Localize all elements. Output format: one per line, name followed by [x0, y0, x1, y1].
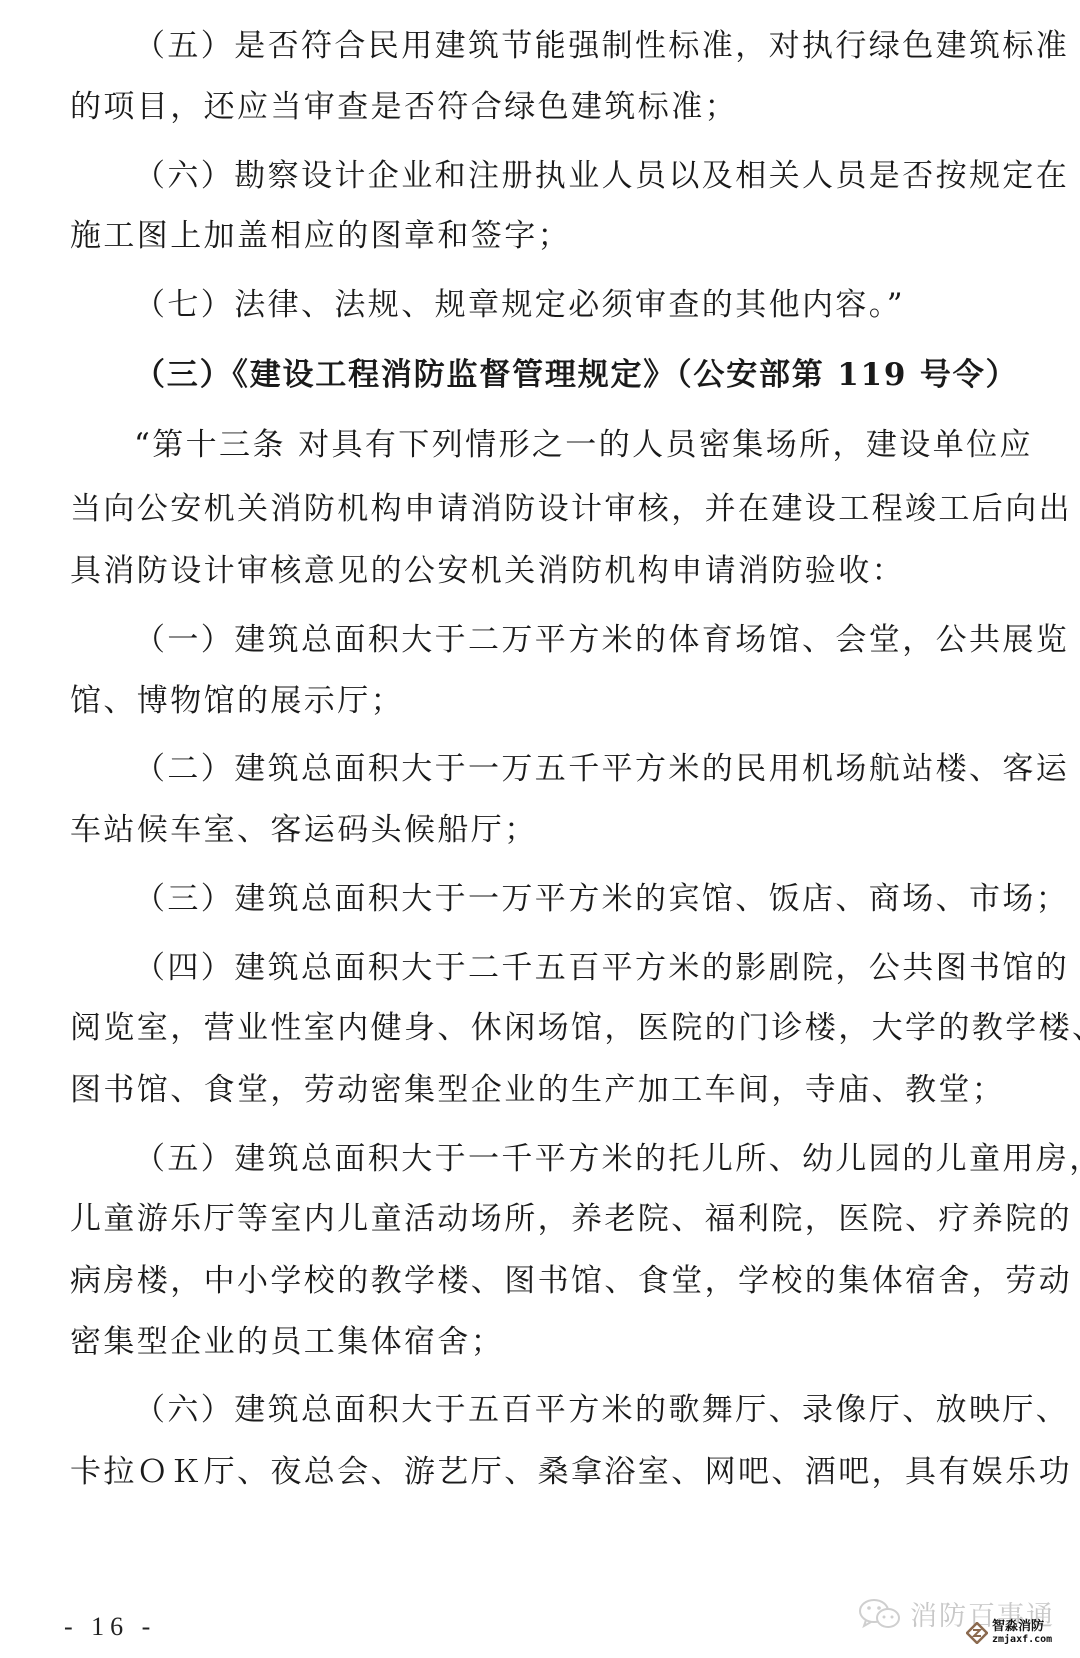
brand-logo-icon	[966, 1622, 988, 1644]
page-number: - 16 -	[64, 1612, 156, 1642]
text-line: 的项目，还应当审查是否符合绿色建筑标准；	[70, 87, 960, 127]
text-line: （二）建筑总面积大于一万五千平方米的民用机场航站楼、客运	[134, 749, 960, 789]
text-line: （五）建筑总面积大于一千平方米的托儿所、幼儿园的儿童用房，	[134, 1139, 960, 1179]
brand-url: zmjaxf.com	[992, 1633, 1052, 1646]
text-line: （三）建筑总面积大于一万平方米的宾馆、饭店、商场、市场；	[134, 879, 960, 919]
wechat-icon	[858, 1597, 902, 1631]
text-line: 图书馆、食堂，劳动密集型企业的生产加工车间，寺庙、教堂；	[70, 1070, 960, 1110]
text-line: 当向公安机关消防机构申请消防设计审核，并在建设工程竣工后向出	[70, 489, 960, 529]
text-line: 具消防设计审核意见的公安机关消防机构申请消防验收：	[70, 551, 960, 591]
text-line: 病房楼，中小学校的教学楼、图书馆、食堂，学校的集体宿舍，劳动	[70, 1261, 960, 1301]
text-line: 阅览室，营业性室内健身、休闲场馆，医院的门诊楼，大学的教学楼、	[70, 1008, 960, 1048]
text-line: 密集型企业的员工集体宿舍；	[70, 1322, 960, 1362]
text-line: （六）建筑总面积大于五百平方米的歌舞厅、录像厅、放映厅、	[134, 1390, 960, 1430]
text-line: 施工图上加盖相应的图章和签字；	[70, 216, 960, 256]
brand-name: 智淼消防	[992, 1620, 1052, 1633]
document-page: （五）是否符合民用建筑节能强制性标准，对执行绿色建筑标准的项目，还应当审查是否符…	[0, 0, 1080, 1658]
text-line: 馆、博物馆的展示厅；	[70, 681, 960, 721]
brand-mark: 智淼消防 zmjaxf.com	[966, 1620, 1052, 1646]
text-line: （七）法律、法规、规章规定必须审查的其他内容。”	[134, 285, 960, 325]
text-line: 儿童游乐厅等室内儿童活动场所，养老院、福利院，医院、疗养院的	[70, 1199, 960, 1239]
text-line: 车站候车室、客运码头候船厅；	[70, 810, 960, 850]
section-heading: （三）《建设工程消防监督管理规定》（公安部第 119 号令）	[134, 355, 960, 395]
text-line: （四）建筑总面积大于二千五百平方米的影剧院，公共图书馆的	[134, 948, 960, 988]
text-line: （六）勘察设计企业和注册执业人员以及相关人员是否按规定在	[134, 156, 960, 196]
text-line: “第十三条 对具有下列情形之一的人员密集场所，建设单位应	[134, 425, 960, 465]
text-line: （五）是否符合民用建筑节能强制性标准，对执行绿色建筑标准	[134, 26, 960, 66]
text-line: 卡拉ＯＫ厅、夜总会、游艺厅、桑拿浴室、网吧、酒吧，具有娱乐功	[70, 1452, 960, 1492]
text-line: （一）建筑总面积大于二万平方米的体育场馆、会堂，公共展览	[134, 620, 960, 660]
brand-text: 智淼消防 zmjaxf.com	[992, 1620, 1052, 1646]
